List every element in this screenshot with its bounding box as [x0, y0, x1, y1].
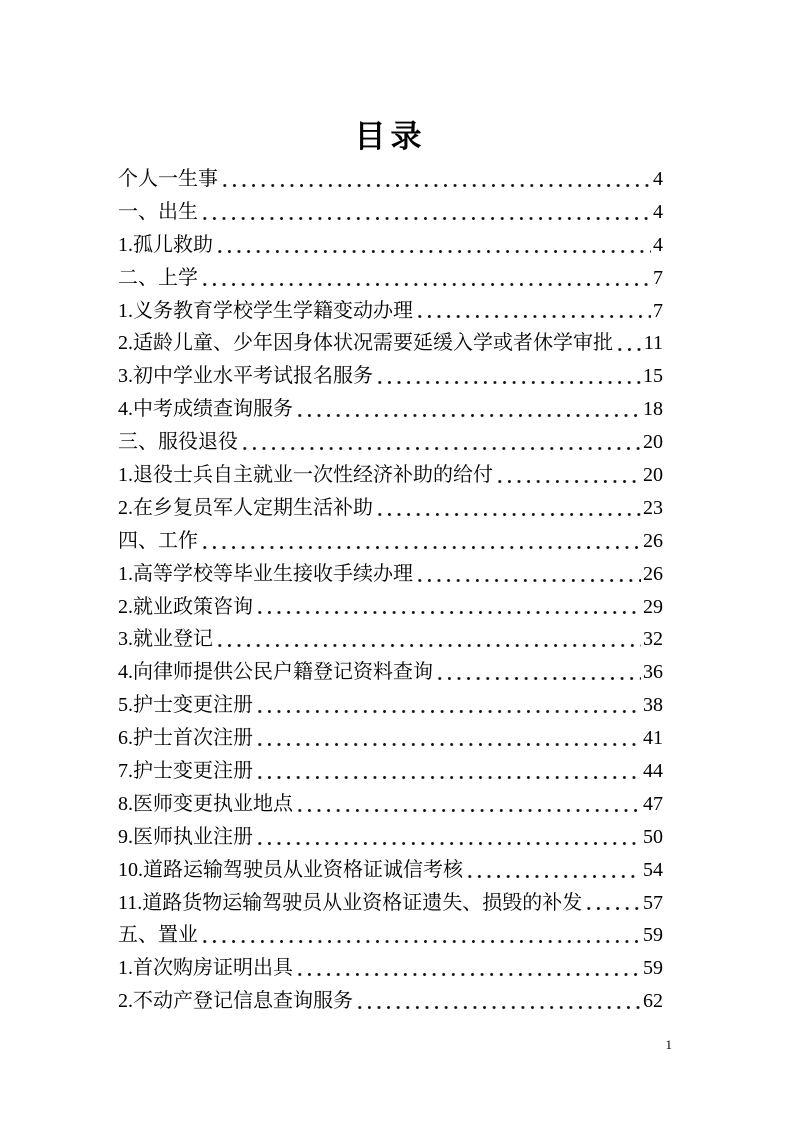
- toc-entry-label: 1.退役士兵自主就业一次性经济补助的给付: [118, 459, 493, 492]
- toc-entry[interactable]: 8.医师变更执业地点47: [118, 788, 663, 821]
- toc-leader-dots: [199, 919, 641, 952]
- toc-entry[interactable]: 2.在乡复员军人定期生活补助23: [118, 492, 663, 525]
- toc-entry[interactable]: 一、出生4: [118, 196, 663, 229]
- toc-entry-label: 9.医师执业注册: [118, 821, 253, 854]
- toc-entry-label: 3.初中学业水平考试报名服务: [118, 360, 373, 393]
- toc-leader-dots: [583, 887, 641, 920]
- toc-entry-page: 23: [643, 492, 663, 525]
- toc-entry[interactable]: 3.初中学业水平考试报名服务15: [118, 360, 663, 393]
- toc-leader-dots: [199, 262, 651, 295]
- footer-page-number: 1: [666, 1038, 673, 1052]
- toc-entry-label: 1.首次购房证明出具: [118, 952, 293, 985]
- toc-entry-label: 2.适龄儿童、少年因身体状况需要延缓入学或者休学审批: [118, 327, 613, 360]
- document-page: 目录 个人一生事4一、出生41.孤儿救助4二、上学71.义务教育学校学生学籍变动…: [0, 0, 793, 1122]
- toc-entry-label: 五、置业: [118, 919, 198, 952]
- toc-entry[interactable]: 4.中考成绩查询服务18: [118, 393, 663, 426]
- toc-entry-page: 20: [643, 459, 663, 492]
- toc-entry-page: 59: [643, 919, 663, 952]
- toc-entry-page: 44: [643, 755, 663, 788]
- toc-entry-page: 7: [653, 262, 663, 295]
- toc-leader-dots: [199, 525, 641, 558]
- toc-entry-page: 57: [643, 887, 663, 920]
- toc-leader-dots: [414, 295, 651, 328]
- toc-entry-page: 4: [653, 196, 663, 229]
- toc-entry[interactable]: 4.向律师提供公民户籍登记资料查询36: [118, 656, 663, 689]
- toc-leader-dots: [254, 689, 641, 722]
- toc-entry[interactable]: 7.护士变更注册44: [118, 755, 663, 788]
- toc-leader-dots: [434, 656, 641, 689]
- toc-leader-dots: [374, 492, 641, 525]
- toc-entry[interactable]: 1.高等学校等毕业生接收手续办理26: [118, 558, 663, 591]
- toc-entry-label: 3.就业登记: [118, 623, 213, 656]
- toc-entry-label: 4.中考成绩查询服务: [118, 393, 293, 426]
- toc-entry-page: 11: [644, 327, 663, 360]
- toc-entry[interactable]: 二、上学7: [118, 262, 663, 295]
- toc-leader-dots: [254, 821, 641, 854]
- toc-entry-label: 2.不动产登记信息查询服务: [118, 985, 353, 1018]
- toc-entry-label: 1.义务教育学校学生学籍变动办理: [118, 295, 413, 328]
- toc-leader-dots: [464, 854, 641, 887]
- toc-entry-label: 1.高等学校等毕业生接收手续办理: [118, 558, 413, 591]
- toc-leader-dots: [294, 788, 641, 821]
- toc-entry-label: 三、服役退役: [118, 426, 238, 459]
- toc-entry-page: 18: [643, 393, 663, 426]
- toc-entry-label: 四、工作: [118, 525, 198, 558]
- toc-entry[interactable]: 9.医师执业注册50: [118, 821, 663, 854]
- toc-entry-label: 6.护士首次注册: [118, 722, 253, 755]
- toc-entry-label: 1.孤儿救助: [118, 229, 213, 262]
- toc-entry[interactable]: 四、工作26: [118, 525, 663, 558]
- toc-entry[interactable]: 1.首次购房证明出具59: [118, 952, 663, 985]
- toc-entry[interactable]: 11.道路货物运输驾驶员从业资格证遗失、损毁的补发57: [118, 887, 663, 920]
- toc-entry[interactable]: 1.义务教育学校学生学籍变动办理7: [118, 295, 663, 328]
- toc-entry-page: 29: [643, 591, 663, 624]
- toc-entry-label: 2.就业政策咨询: [118, 591, 253, 624]
- toc-entry-page: 20: [643, 426, 663, 459]
- toc-entry[interactable]: 6.护士首次注册41: [118, 722, 663, 755]
- toc-leader-dots: [254, 722, 641, 755]
- toc-entry[interactable]: 1.孤儿救助4: [118, 229, 663, 262]
- toc-entry-page: 38: [643, 689, 663, 722]
- toc-entry-page: 41: [643, 722, 663, 755]
- toc-entry-page: 62: [643, 985, 663, 1018]
- toc-entry-label: 10.道路运输驾驶员从业资格证诚信考核: [118, 854, 463, 887]
- toc-list: 个人一生事4一、出生41.孤儿救助4二、上学71.义务教育学校学生学籍变动办理7…: [118, 163, 663, 1018]
- toc-entry[interactable]: 三、服役退役20: [118, 426, 663, 459]
- toc-entry-page: 26: [643, 525, 663, 558]
- toc-entry-page: 50: [643, 821, 663, 854]
- toc-leader-dots: [294, 952, 641, 985]
- toc-entry-page: 26: [643, 558, 663, 591]
- toc-entry-label: 一、出生: [118, 196, 198, 229]
- toc-entry-label: 7.护士变更注册: [118, 755, 253, 788]
- toc-entry-label: 个人一生事: [118, 163, 218, 196]
- toc-leader-dots: [414, 558, 641, 591]
- toc-leader-dots: [214, 623, 641, 656]
- toc-leader-dots: [354, 985, 641, 1018]
- toc-entry-page: 15: [643, 360, 663, 393]
- toc-entry[interactable]: 1.退役士兵自主就业一次性经济补助的给付20: [118, 459, 663, 492]
- toc-entry[interactable]: 5.护士变更注册38: [118, 689, 663, 722]
- toc-leader-dots: [614, 327, 642, 360]
- toc-entry[interactable]: 2.就业政策咨询29: [118, 591, 663, 624]
- toc-leader-dots: [199, 196, 651, 229]
- toc-leader-dots: [494, 459, 641, 492]
- toc-entry-page: 54: [643, 854, 663, 887]
- toc-leader-dots: [219, 163, 651, 196]
- toc-entry-page: 47: [643, 788, 663, 821]
- toc-entry[interactable]: 2.适龄儿童、少年因身体状况需要延缓入学或者休学审批11: [118, 327, 663, 360]
- toc-entry-page: 36: [643, 656, 663, 689]
- toc-leader-dots: [254, 591, 641, 624]
- toc-entry-page: 4: [653, 163, 663, 196]
- toc-leader-dots: [374, 360, 641, 393]
- toc-entry-label: 11.道路货物运输驾驶员从业资格证遗失、损毁的补发: [118, 887, 582, 920]
- toc-entry-page: 59: [643, 952, 663, 985]
- page-title: 目录: [118, 117, 663, 157]
- toc-leader-dots: [294, 393, 641, 426]
- toc-entry-label: 8.医师变更执业地点: [118, 788, 293, 821]
- toc-entry[interactable]: 10.道路运输驾驶员从业资格证诚信考核54: [118, 854, 663, 887]
- toc-entry-label: 2.在乡复员军人定期生活补助: [118, 492, 373, 525]
- toc-entry[interactable]: 个人一生事4: [118, 163, 663, 196]
- toc-leader-dots: [214, 229, 651, 262]
- toc-entry-label: 4.向律师提供公民户籍登记资料查询: [118, 656, 433, 689]
- toc-entry[interactable]: 五、置业59: [118, 919, 663, 952]
- toc-entry-page: 7: [653, 295, 663, 328]
- toc-entry[interactable]: 2.不动产登记信息查询服务62: [118, 985, 663, 1018]
- toc-entry-page: 4: [653, 229, 663, 262]
- toc-leader-dots: [239, 426, 641, 459]
- toc-entry-label: 5.护士变更注册: [118, 689, 253, 722]
- toc-leader-dots: [254, 755, 641, 788]
- toc-entry-page: 32: [643, 623, 663, 656]
- toc-entry-label: 二、上学: [118, 262, 198, 295]
- toc-entry[interactable]: 3.就业登记32: [118, 623, 663, 656]
